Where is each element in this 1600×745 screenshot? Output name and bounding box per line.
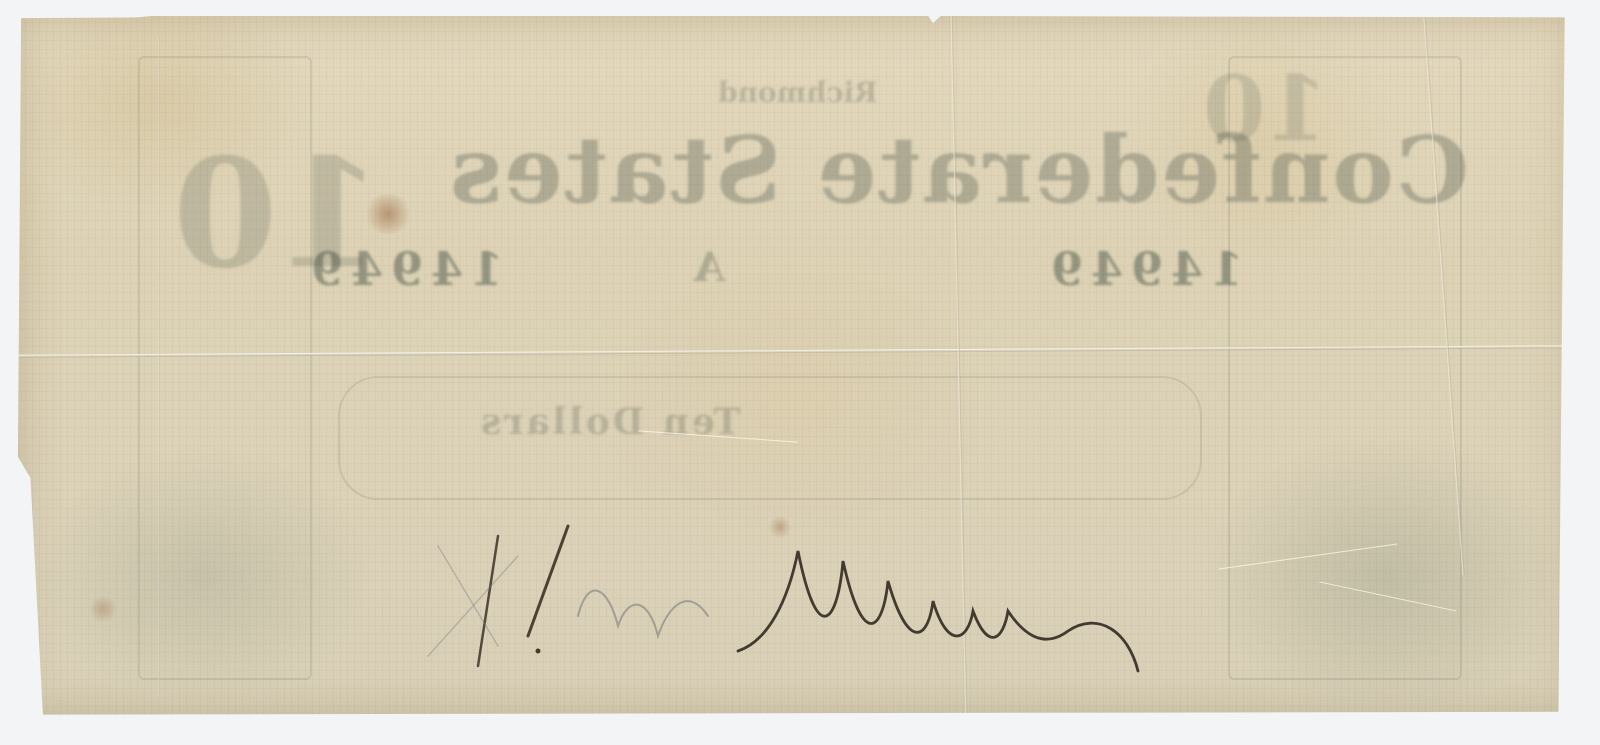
serial-bleed-mid: A (688, 244, 725, 291)
photo-stage: 10 10 Richmond Confederate States 14949 … (0, 0, 1600, 745)
banknote-reverse: 10 10 Richmond Confederate States 14949 … (18, 16, 1574, 716)
denomination-text-bleed: Ten Dollars (478, 401, 740, 443)
serial-bleed-right: 14949 (1043, 242, 1243, 296)
stain (363, 194, 413, 234)
title-bleed: Confederate States (448, 116, 1469, 224)
stain (88, 596, 118, 622)
signature-right (718, 541, 1158, 681)
frame-bleed-center (338, 376, 1202, 500)
stain (768, 516, 792, 538)
signature-left (368, 496, 728, 676)
serial-bleed-left: 14949 (303, 242, 503, 296)
place-bleed: Richmond (718, 76, 878, 109)
vertical-fold-3 (158, 36, 160, 696)
